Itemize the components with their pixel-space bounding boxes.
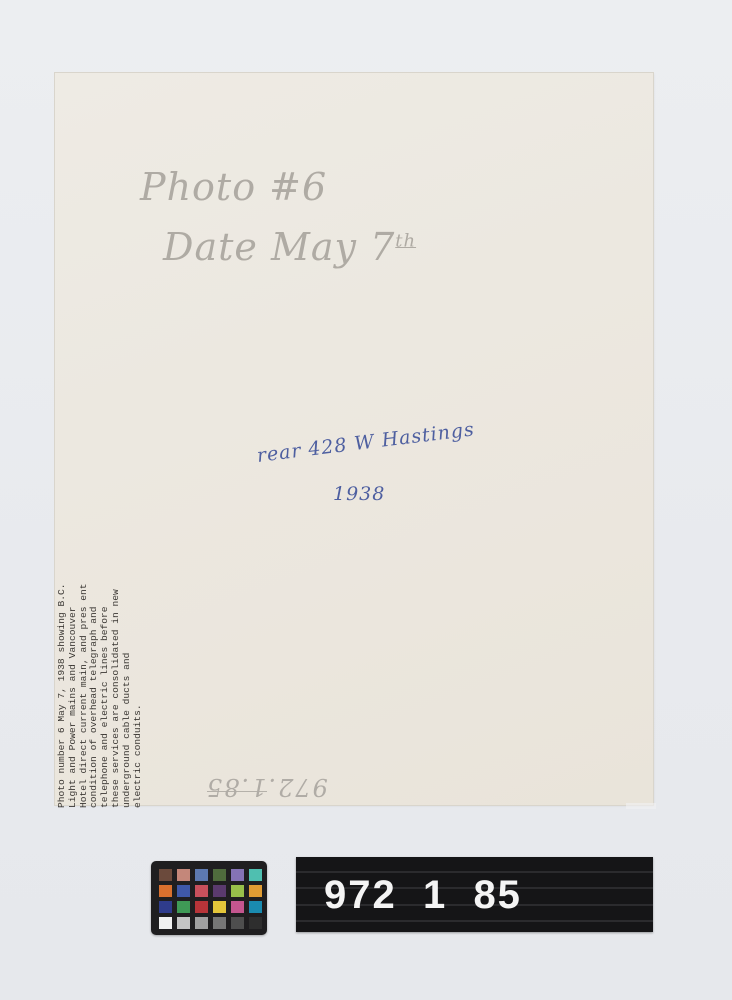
pencil-accession-number: 972.1.85: [205, 773, 328, 801]
color-swatch: [213, 885, 226, 897]
caption-line: electric conduits.: [133, 548, 144, 808]
color-swatch: [231, 917, 244, 929]
ink-year-note: 1938: [333, 483, 385, 505]
color-swatch: [177, 917, 190, 929]
color-swatch: [195, 869, 208, 881]
typed-caption: Photo number 6 May 7, 1938 showing B.C.L…: [57, 548, 143, 808]
photograph-back: Photo #6 Date May 7th rear 428 W Hasting…: [55, 73, 653, 805]
color-swatch: [159, 901, 172, 913]
caption-line: Light and Power mains and Vancouver: [68, 548, 79, 808]
color-swatch: [231, 869, 244, 881]
color-checker-card: [151, 861, 267, 935]
color-swatch: [177, 869, 190, 881]
color-swatch: [249, 901, 262, 913]
color-swatch: [249, 869, 262, 881]
color-swatch: [177, 901, 190, 913]
color-swatch: [195, 917, 208, 929]
color-swatch-grid: [159, 869, 262, 929]
pencil-date: Date May 7th: [163, 225, 416, 269]
bar-groove: [296, 920, 653, 922]
color-swatch: [213, 901, 226, 913]
color-swatch: [249, 885, 262, 897]
color-swatch: [231, 885, 244, 897]
color-swatch: [159, 869, 172, 881]
accession-number-bar: 972 1 85: [296, 857, 653, 932]
color-swatch: [195, 901, 208, 913]
color-swatch: [213, 869, 226, 881]
color-swatch: [213, 917, 226, 929]
color-swatch: [249, 917, 262, 929]
pencil-photo-number: Photo #6: [140, 165, 327, 209]
color-swatch: [177, 885, 190, 897]
color-swatch: [159, 885, 172, 897]
pencil-date-text: Date May 7: [163, 225, 395, 269]
caption-line: underground cable ducts and: [122, 548, 133, 808]
color-swatch: [231, 901, 244, 913]
pencil-date-superscript: th: [395, 230, 416, 251]
color-swatch: [159, 917, 172, 929]
color-swatch: [195, 885, 208, 897]
accession-number: 972 1 85: [324, 873, 522, 918]
ink-address-note: rear 428 W Hastings: [256, 418, 476, 467]
